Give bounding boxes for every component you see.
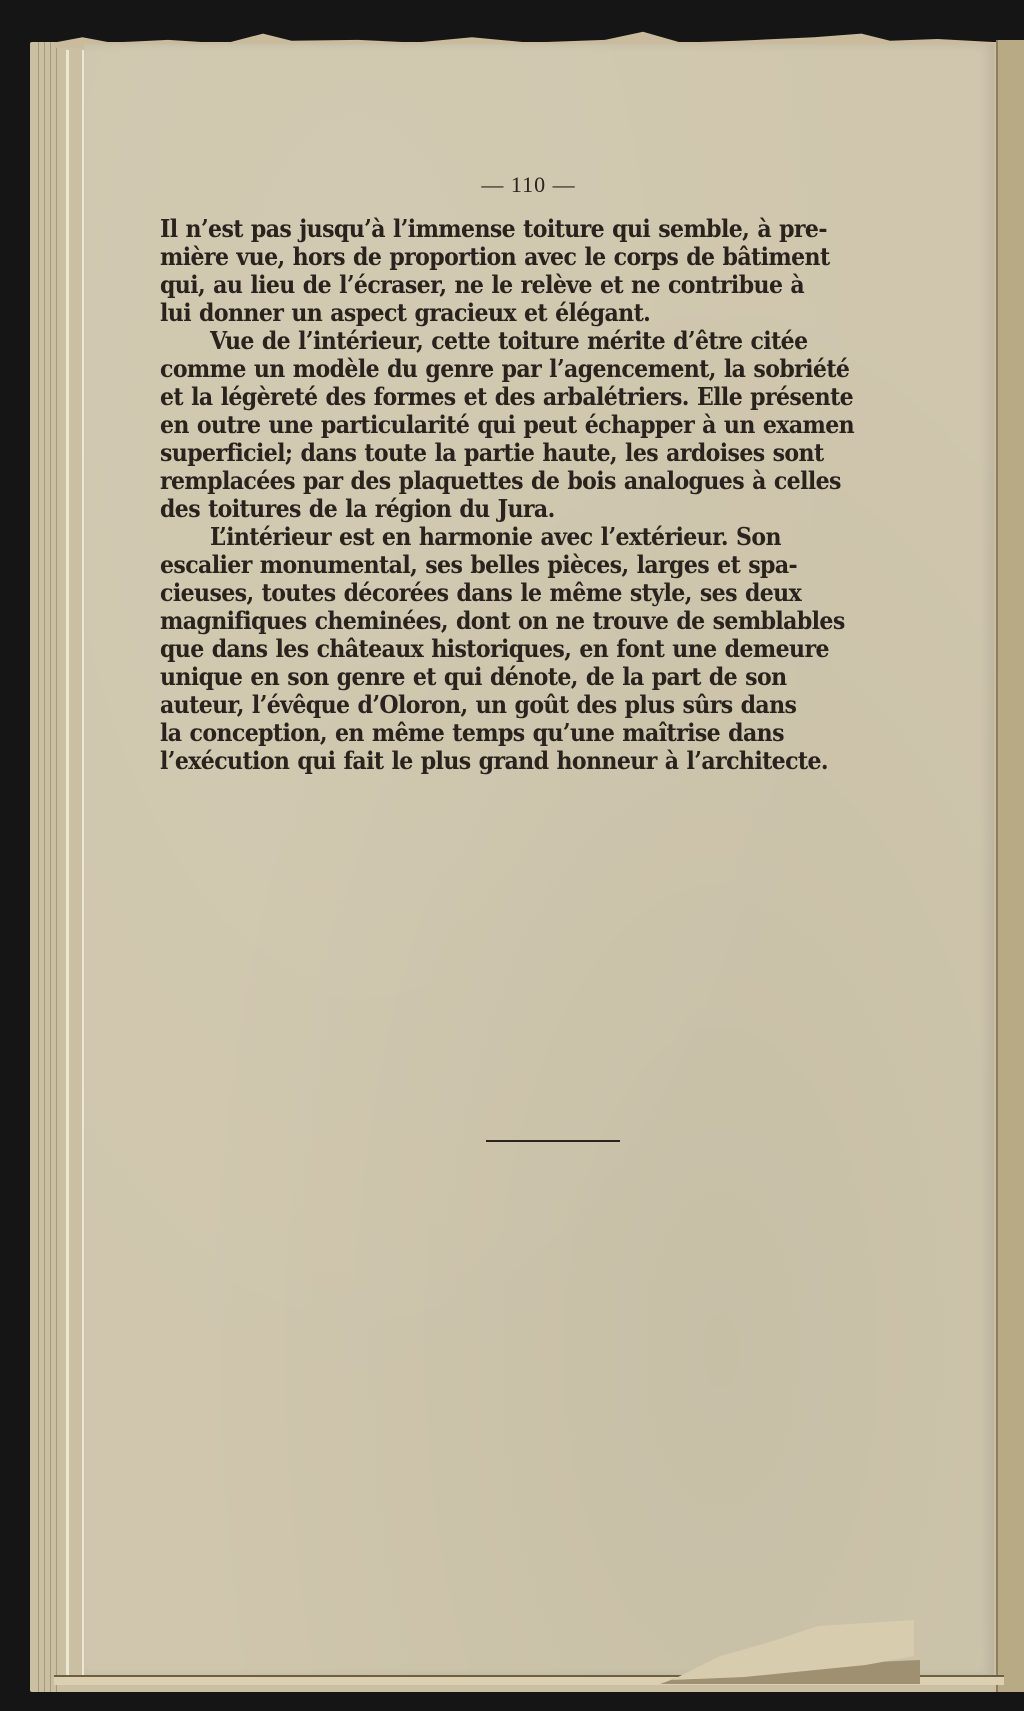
text-line: lui donner un aspect gracieux et élégant… bbox=[160, 299, 778, 327]
page-edge bbox=[38, 42, 39, 1692]
text-line: superficiel; dans toute la partie haute,… bbox=[160, 439, 778, 467]
text-line: Vue de l’intérieur, cette toiture mérite… bbox=[160, 327, 778, 355]
page-edge-highlight bbox=[66, 50, 69, 1678]
text-line: et la légèreté des formes et des arbalét… bbox=[160, 383, 778, 411]
page-edge bbox=[56, 42, 57, 1692]
text-line: mière vue, hors de proportion avec le co… bbox=[160, 243, 778, 271]
text-line: cieuses, toutes décorées dans le même st… bbox=[160, 579, 778, 607]
text-line: L’intérieur est en harmonie avec l’extér… bbox=[160, 523, 778, 551]
paragraph-2: Vue de l’intérieur, cette toiture mérite… bbox=[160, 327, 778, 523]
text-line: remplacées par des plaquettes de bois an… bbox=[160, 467, 778, 495]
page-edge bbox=[44, 42, 45, 1692]
text-line: Il n’est pas jusqu’à l’immense toiture q… bbox=[160, 215, 778, 243]
text-line: que dans les châteaux historiques, en fo… bbox=[160, 635, 778, 663]
text-line: des toitures de la région du Jura. bbox=[160, 495, 778, 523]
text-line: comme un modèle du genre par l’agencemen… bbox=[160, 355, 778, 383]
text-line: qui, au lieu de l’écraser, ne le relève … bbox=[160, 271, 778, 299]
text-line: en outre une particularité qui peut écha… bbox=[160, 411, 778, 439]
page-number: — 110 — bbox=[196, 172, 861, 198]
text-line: magnifiques cheminées, dont on ne trouve… bbox=[160, 607, 778, 635]
text-line: la conception, en même temps qu’une maît… bbox=[160, 719, 778, 747]
paragraph-3: L’intérieur est en harmonie avec l’extér… bbox=[160, 523, 778, 775]
paragraph-1: Il n’est pas jusqu’à l’immense toiture q… bbox=[160, 215, 778, 327]
section-end-rule bbox=[486, 1140, 620, 1142]
body-text: Il n’est pas jusqu’à l’immense toiture q… bbox=[160, 215, 778, 775]
text-line: escalier monumental, ses belles pièces, … bbox=[160, 551, 778, 579]
facing-page-edge bbox=[996, 40, 1024, 1692]
page-edge bbox=[50, 42, 51, 1692]
text-line: l’exécution qui fait le plus grand honne… bbox=[160, 747, 778, 775]
text-line: auteur, l’évêque d’Oloron, un goût des p… bbox=[160, 691, 778, 719]
text-line: unique en son genre et qui dénote, de la… bbox=[160, 663, 778, 691]
